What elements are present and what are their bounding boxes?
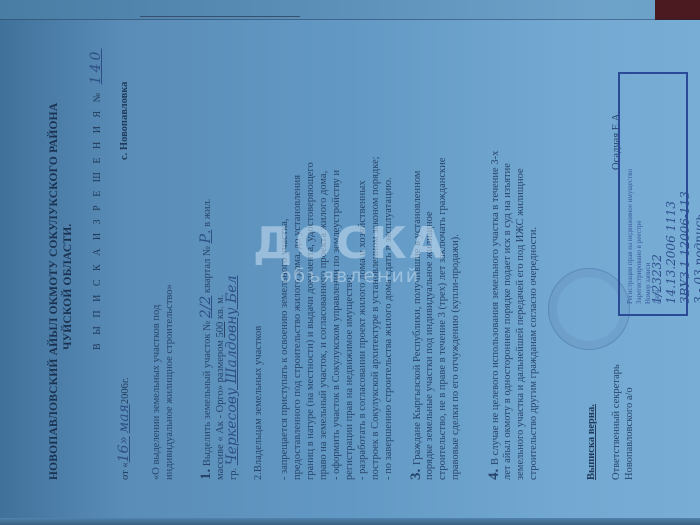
item-number: 4.	[486, 465, 502, 480]
citizen-name: Черкесову Шалдовну Бел	[224, 276, 240, 466]
paragraph-line: земельного участка и дальнейшей передаче…	[514, 168, 527, 480]
document-content: НОВОПАВЛОВСКИЙ АЙЫЛ ОКМОТУ СОКУЛУКСКОГО …	[20, 30, 660, 500]
subject-line-1: «О выделении земельных участков под	[150, 305, 163, 480]
paragraph-line: порядке земельные участки под индивидуал…	[423, 211, 436, 480]
paragraph-line: 4. В случае не целевого использования зе…	[488, 151, 502, 480]
sheet-bottom-edge	[0, 518, 700, 525]
header-line-1: НОВОПАВЛОВСКИЙ АЙЫЛ ОКМОТУ СОКУЛУКСКОГО …	[48, 103, 61, 480]
paragraph-line: лет айыл окмоту в одностороннем порядке …	[501, 163, 514, 480]
stamp-handwriting: 1/2323214.13.2006 1113ЗВУЗ 1 12006-1133 …	[650, 74, 700, 304]
document-date: от «16» мая2006г.	[118, 377, 132, 480]
back-sheet-line	[140, 16, 300, 17]
place-name: с. Новопавловка	[118, 82, 131, 160]
paragraph-line: регистрации прав на недвижимое имущество…	[343, 274, 356, 480]
registration-stamp: Регистрация прав на недвижимое имущество…	[618, 72, 688, 316]
stamp-handwritten-line: ЗВУЗ 1 12006-113	[678, 74, 692, 304]
item-number: 3.	[408, 465, 424, 480]
signatory-org: Новопавловского а/о	[623, 387, 636, 480]
paragraph-line: правовые сделки по его отчуждению (купли…	[449, 234, 462, 480]
decision-number: 140	[88, 49, 104, 85]
stamp-handwritten-line: 3 - 03 подпись	[692, 74, 700, 304]
background-object	[655, 0, 700, 22]
paragraph-line: границ в натуре (на местности) и выдачи …	[304, 162, 317, 480]
paragraph-line: - оформить участок в Сокулукском управле…	[330, 170, 343, 480]
stamp-line: Регистрация прав на недвижимое имущество	[626, 74, 635, 304]
paragraph-line: - по завершению строительства жилого дом…	[382, 177, 395, 480]
plot-number: 2/2	[198, 296, 214, 319]
signatory-title: Ответственный секретарь	[610, 364, 623, 480]
paragraph-line: построек в Сокулукской архитектуре в уст…	[369, 156, 382, 480]
stamp-handwritten-line: 1/23232	[650, 74, 664, 304]
paragraph-line: строительство другим гражданам согласно …	[527, 227, 540, 480]
paragraph-line: 3. Граждане Кыргызской Республики, получ…	[410, 171, 424, 480]
stamp-line: Зарегистрировано в реестре	[635, 74, 644, 304]
certified-label: Выписка верна.	[585, 404, 598, 480]
paragraph-line: - разработать в согласовании проект жило…	[356, 180, 369, 480]
paragraph-line: строительство, не в праве в течение 3 (т…	[436, 158, 449, 480]
item1-line-3: гр. Черкесову Шалдовну Бел	[226, 276, 240, 480]
stamp-handwritten-line: 14.13.2006 1113	[664, 74, 678, 304]
document-title: В Ы П И С К А И З Р Е Ш Е Н И Я № 140	[90, 49, 104, 350]
paragraph-line: право на земельный участок, и согласован…	[317, 171, 330, 480]
header-line-2: ЧУЙСКОЙ ОБЛАСТИ.	[62, 223, 75, 350]
paragraph-line: предоставленного под строительство жилог…	[291, 175, 304, 480]
item2-heading: 2.Владельцам земельных участков	[252, 326, 265, 480]
item1-line-1: 1. Выделить земельный участок № 2/2 квар…	[200, 199, 214, 480]
paragraph-line: - запрещается приступать к освоению земе…	[278, 218, 291, 480]
subject-line-2: индивидуальное жилищное строительство»	[163, 284, 176, 480]
quarter-number: Р.	[198, 230, 214, 244]
